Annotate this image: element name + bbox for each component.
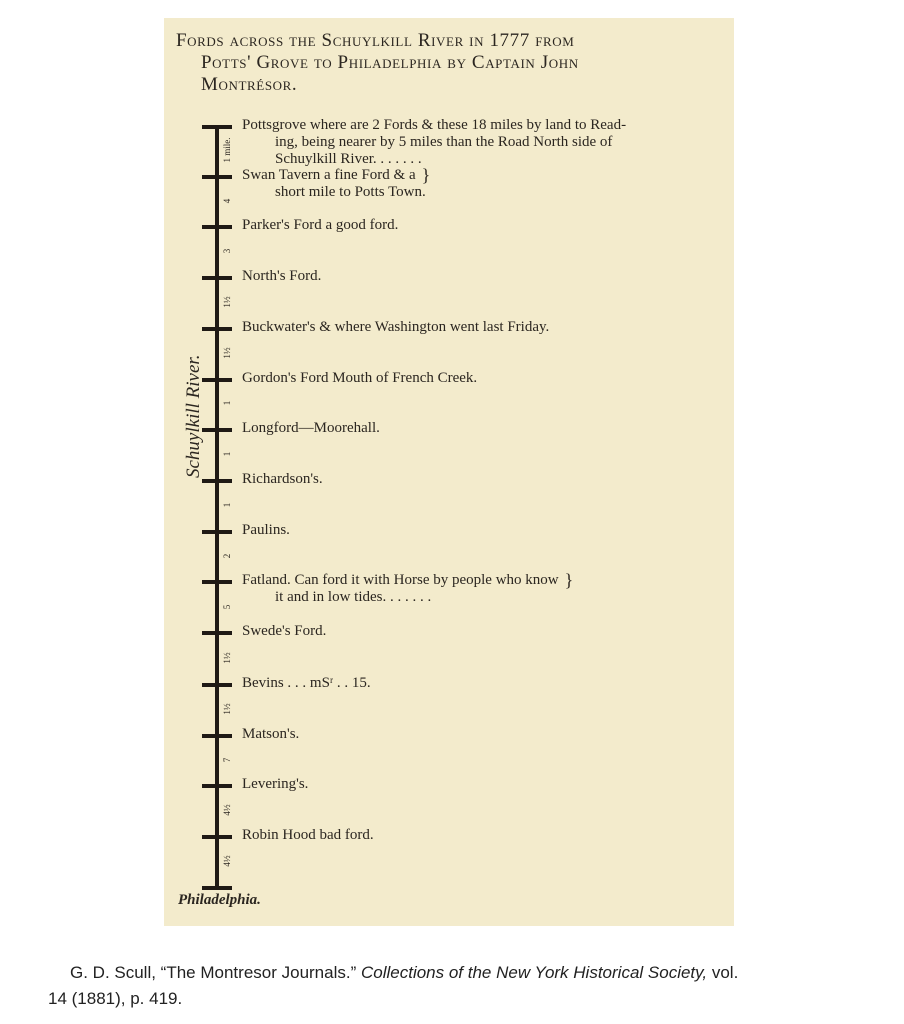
ford-tick (202, 530, 232, 534)
distance-label: 1½ (222, 694, 232, 724)
ford-entry: Levering's. (242, 776, 722, 793)
page-title: Fords across the Schuylkill River in 177… (176, 30, 724, 96)
distance-label: 1 (222, 439, 232, 469)
ford-entry-text: Swan Tavern a fine Ford & a (242, 167, 416, 183)
ford-entry-text: North's Ford. (242, 268, 321, 284)
ford-tick (202, 631, 232, 635)
ford-entry: Swan Tavern a fine Ford & a}short mile t… (242, 167, 722, 201)
ford-entry-text: Fatland. Can ford it with Horse by peopl… (242, 572, 559, 588)
distance-label: 1 (222, 490, 232, 520)
ford-entry: Swede's Ford. (242, 623, 722, 640)
scanned-page: Fords across the Schuylkill River in 177… (164, 18, 734, 926)
title-line-2: Potts' Grove to Philadelphia by Captain … (176, 52, 724, 74)
ford-tick (202, 428, 232, 432)
ford-entry: Gordon's Ford Mouth of French Creek. (242, 370, 722, 387)
title-line-1: Fords across the Schuylkill River in 177… (176, 30, 574, 51)
distance-label: 4 (222, 186, 232, 216)
ford-entry: Fatland. Can ford it with Horse by peopl… (242, 572, 722, 606)
ford-entry: Parker's Ford a good ford. (242, 217, 722, 234)
ford-entry-text: Richardson's. (242, 471, 323, 487)
ford-entry: Bevins . . . mSʳ . . 15. (242, 675, 722, 692)
ford-entry-continuation: ing, being nearer by 5 miles than the Ro… (242, 134, 722, 151)
ford-tick (202, 580, 232, 584)
river-axis-line (215, 125, 219, 889)
distance-label: 1½ (222, 338, 232, 368)
ford-entry-text: Paulins. (242, 522, 290, 538)
ford-entry-text: Robin Hood bad ford. (242, 827, 374, 843)
ford-entry: North's Ford. (242, 268, 722, 285)
ford-tick (202, 479, 232, 483)
ford-entry-text: Levering's. (242, 776, 308, 792)
distance-label: 1½ (222, 287, 232, 317)
ford-entry-text: Gordon's Ford Mouth of French Creek. (242, 370, 477, 386)
distance-label: 5 (222, 592, 232, 622)
ford-entry-text: Swede's Ford. (242, 623, 326, 639)
ford-tick (202, 125, 232, 129)
ford-entry: Pottsgrove where are 2 Fords & these 18 … (242, 117, 722, 168)
end-tick (202, 886, 232, 890)
brace-mark: } (565, 572, 574, 589)
distance-label: 4½ (222, 846, 232, 876)
ford-entry-text: Longford—Moorehall. (242, 420, 380, 436)
ford-entry-continuation: short mile to Potts Town. (242, 184, 722, 201)
citation-author: G. D. Scull, “The Montresor Journals.” (48, 963, 361, 982)
ford-entry-continuation: Schuylkill River. . . . . . . (242, 151, 722, 168)
ford-entry-text: Buckwater's & where Washington went last… (242, 319, 549, 335)
ford-tick (202, 835, 232, 839)
ford-entry-text: Parker's Ford a good ford. (242, 217, 398, 233)
distance-label: 2 (222, 541, 232, 571)
ford-entry: Paulins. (242, 522, 722, 539)
ford-tick (202, 378, 232, 382)
title-line-3: Montrésor. (176, 74, 724, 96)
ford-tick (202, 734, 232, 738)
ford-tick (202, 327, 232, 331)
distance-label: 1 (222, 388, 232, 418)
ford-tick (202, 276, 232, 280)
distance-label: 3 (222, 236, 232, 266)
ford-tick (202, 225, 232, 229)
distance-label: 1½ (222, 643, 232, 673)
ford-entry: Longford—Moorehall. (242, 420, 722, 437)
ford-entry: Matson's. (242, 726, 722, 743)
ford-entry-continuation: it and in low tides. . . . . . . (242, 589, 722, 606)
ford-tick (202, 784, 232, 788)
citation-caption: G. D. Scull, “The Montresor Journals.” C… (48, 960, 868, 1012)
ford-entry: Richardson's. (242, 471, 722, 488)
distance-label: 7 (222, 745, 232, 775)
river-label: Schuylkill River. (183, 355, 205, 478)
citation-year-page: 14 (1881), p. 419. (48, 989, 182, 1008)
ford-entry: Buckwater's & where Washington went last… (242, 319, 722, 336)
ford-tick (202, 683, 232, 687)
ford-entry: Robin Hood bad ford. (242, 827, 722, 844)
distance-label: 1 mile. (222, 135, 232, 165)
ford-entry-text: Bevins . . . mSʳ . . 15. (242, 675, 371, 691)
ford-tick (202, 175, 232, 179)
ford-entry-text: Pottsgrove where are 2 Fords & these 18 … (242, 117, 626, 133)
end-label-philadelphia: Philadelphia. (178, 892, 261, 909)
citation-volume: vol. (707, 963, 738, 982)
ford-entry-text: Matson's. (242, 726, 299, 742)
brace-mark: } (422, 167, 431, 184)
distance-label: 4½ (222, 795, 232, 825)
citation-journal: Collections of the New York Historical S… (361, 963, 707, 982)
